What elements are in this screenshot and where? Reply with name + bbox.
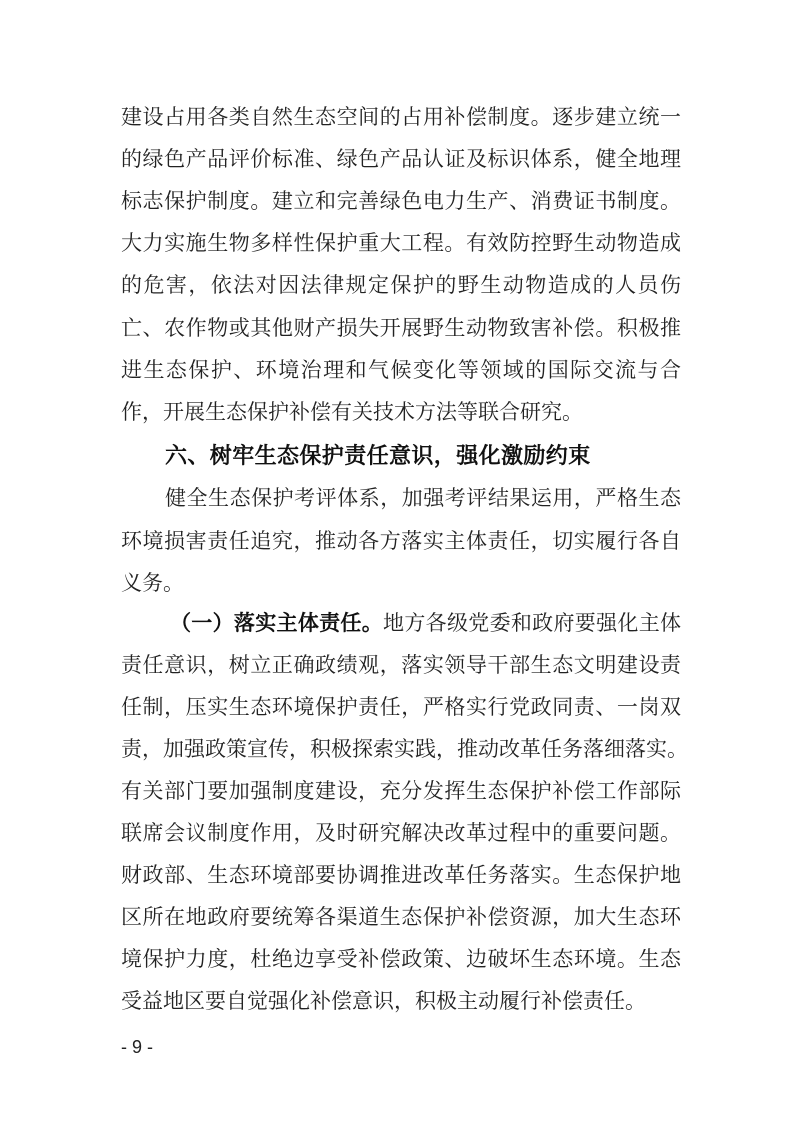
body-line: 任制，压实生态环境保护责任，严格实行党政同责、一岗双 [121,692,681,722]
document-page: 建设占用各类自然生态空间的占用补偿制度。逐步建立统一 的绿色产品评价标准、绿色产… [0,0,800,1131]
body-line: 责任意识，树立正确政绩观，落实领导干部生态文明建设责 [121,650,681,680]
body-line: 亡、农作物或其他财产损失开展野生动物致害补偿。积极推 [121,313,681,343]
section-heading: 六、树牢生态保护责任意识，强化激励约束 [165,442,591,472]
body-line: 责，加强政策宣传，积极探索实践，推动改革任务落细落实。 [121,734,681,764]
body-line: 的绿色产品评价标准、绿色产品认证及标识体系，健全地理 [121,144,681,174]
body-line: 境保护力度，杜绝边享受补偿政策、边破坏生态环境。生态 [121,944,681,974]
body-line: 健全生态保护考评体系，加强考评结果运用，严格生态 [165,483,681,513]
subsection-first-line-text: 地方各级党委和政府要强化主体 [383,611,681,635]
body-line: 有关部门要加强制度建设，充分发挥生态保护补偿工作部际 [121,776,681,806]
body-line: 建设占用各类自然生态空间的占用补偿制度。逐步建立统一 [121,102,681,132]
body-line: 标志保护制度。建立和完善绿色电力生产、消费证书制度。 [121,186,681,216]
body-line: 联席会议制度作用，及时研究解决改革过程中的重要问题。 [121,818,681,848]
subsection-first-line: （一）落实主体责任。地方各级党委和政府要强化主体 [170,608,681,638]
subsection-title: （一）落实主体责任。 [170,610,383,635]
body-line: 大力实施生物多样性保护重大工程。有效防控野生动物造成 [121,228,681,258]
page-number: - 9 - [121,1034,153,1060]
body-line: 区所在地政府要统筹各渠道生态保护补偿资源，加大生态环 [121,902,681,932]
body-line: 进生态保护、环境治理和气候变化等领域的国际交流与合 [121,355,681,385]
body-line: 作，开展生态保护补偿有关技术方法等联合研究。 [121,397,681,427]
body-line: 义务。 [121,568,681,598]
body-line: 的危害，依法对因法律规定保护的野生动物造成的人员伤 [121,270,681,300]
body-line: 财政部、生态环境部要协调推进改革任务落实。生态保护地 [121,860,681,890]
body-line: 环境损害责任追究，推动各方落实主体责任，切实履行各自 [121,526,681,556]
body-line: 受益地区要自觉强化补偿意识，积极主动履行补偿责任。 [121,986,681,1016]
